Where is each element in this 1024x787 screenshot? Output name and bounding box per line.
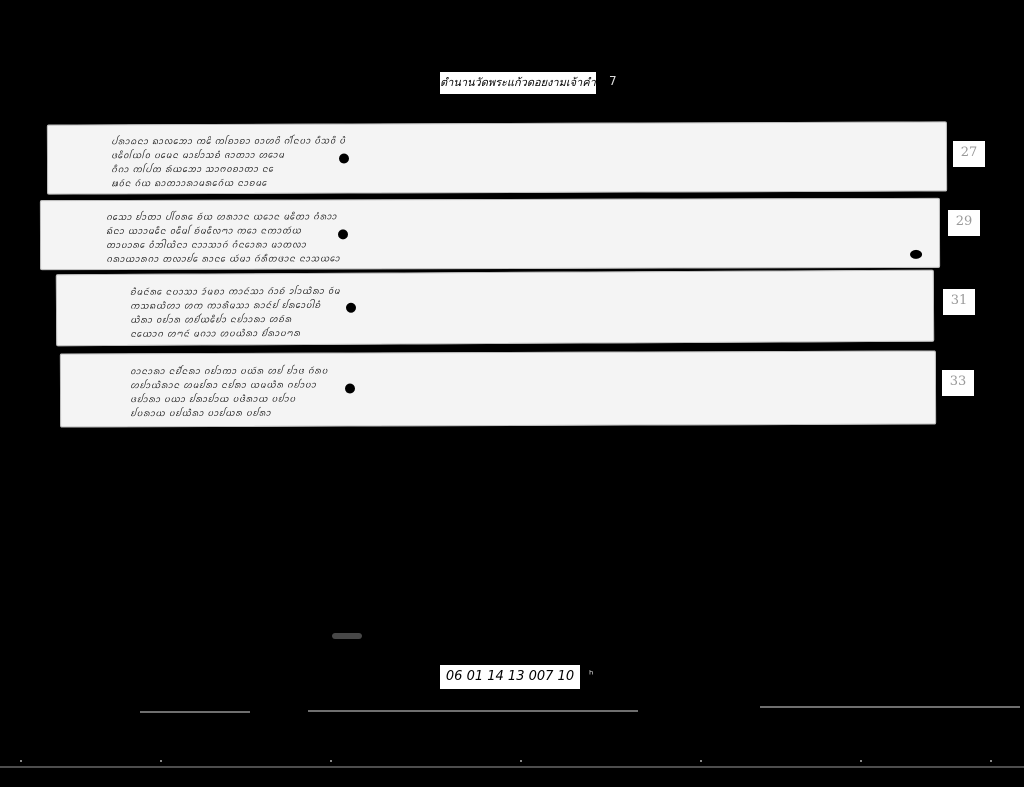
header-mark: 7: [609, 74, 617, 88]
scanner-speck: [700, 760, 702, 762]
page-number-tag: 29: [948, 210, 980, 236]
binding-hole: [910, 250, 922, 259]
leaf-text-line: ᨣᩥᨣᩣ ᨠᩕᩩᨸᩬᨲ ᩁᩢᨿᩮᩋᩣ ᩈᩣᨻᩅᨧᩬᩣᨲᩣ ᨶᩮ: [111, 159, 931, 172]
leaf-text-line: ᨹᩬᩅᩢᨶ ᨣᩢᨿᩬ ᨦᩣᨲᩣᩣᩁᩣᨾᩁᩮᨣᩢᨿᩬ ᨶᩣᨧᨾᩮ: [111, 173, 931, 186]
scanner-speck: [520, 760, 522, 762]
scanner-speck: [20, 760, 22, 762]
binding-hole: [338, 229, 348, 239]
footer-mark: ʰ: [589, 668, 593, 681]
scanner-artifact-line: [0, 766, 1024, 768]
leaf-text-line: ᨣᩬᩁᩣᨿᩣᩁᩪᨣᩣ ᨲᩪᩃᩣᩀᩮ ᩁᩣᨶᩮ ᨿᩢᨾᩣ ᨣᩢᩁᩬᩥᨲᨴᩣᨶ ᨶᩣ…: [106, 250, 926, 262]
catalogue-id-label: 06 01 14 13 007 10: [440, 665, 580, 689]
scanner-artifact-line: [760, 706, 1020, 708]
leaf-text-line: ᨶᩮᨿᩬᩣᨣᩬ ᩉᩂᨶᩢ ᨾᩬᨣᩣᩣ ᩉᩬᨷᩬᨿᩫᩁᩬᩣ ᩀᩢᩁᩣᨷᩂᩁᩬ: [130, 323, 920, 337]
binding-hole: [339, 154, 349, 164]
palm-leaf-4: ᩅᩣᨶᩣᩁᩬᩣ ᨶᩬᩀᩫᨶᩬᩁᩣ ᨣᩬᩀᩣᨠᩣ ᨷᩬᨿᩢᩁᩬ ᩉᩬᩀᩬ ᩀᩣᨴᩬ…: [60, 350, 936, 427]
binding-hole: [346, 303, 356, 313]
scanner-speck: [330, 760, 332, 762]
scanner-speck: [860, 760, 862, 762]
leaf-text-line: ᨧᩫᨾᩩᨶᩢᩁᩮ ᨶᩬᨷᩣᩈᩣ ᨯᩢᨾᨧᩣ ᨠᩣᨶᩢᩈᩣ ᨣᩢᩣᨧᩢ ᨯᩕᩣᨿᩫ…: [130, 281, 920, 295]
binding-hole: [345, 383, 355, 393]
leaf-text-line: ᨸᩬᩁᩣᨵᨶᩣ ᨦᩣᩃᩮᩋᩣ ᨠᩮᩦ ᨠᩕᩩᨧᩣᨧᩣ ᩅᩣᩉᩪᩅᩦ ᨣᩕᩦᨶᨷᩖ…: [111, 131, 931, 144]
leaf-text-line: ᨴᩬᩀᩣᩁᩣ ᨷᩬᨿᩬᩣ ᩀᩬᩁᩣᩀᩣᨿᩬ ᨷᩬᨴᩫᩁᩬᩣᨿᩬ ᨷᩬᩀᩬᩣᨷᩬ: [130, 390, 920, 403]
leaf-text-line: ᨦᩢᨶᩣ ᨿᩣᩣᨾᩮᩥᨶ ᩅᩮᩥᨾᩕᩩ ᨧᩢᨾᩮᩬᩥᩃᩂᩣ ᨠᩮᩣ ᨶᩬᨠᩣᨲᩢ…: [106, 222, 926, 234]
palm-leaf-2: ᨣᩮᩈᩣ ᩀᩣᨲᩩᩣ ᨸᩕᩩᩅᩪᩁᩮ ᨧᩢᨿᩩ ᩉᩩᩁᩣᩣᨶ ᨿᩮᩣᨶ ᨾᩮᩥᨲ…: [40, 198, 940, 270]
leaf-text-line: ᨴᩮᩥᩅᩕᩩᨿᩕᩅ ᨷᩮᩬᨾᨶ ᨾᩣᩀᩣᩈᨧᩴ ᨩᩣᨲᩣᩣ ᩉᩮᩣᨾᩬ: [111, 145, 931, 158]
palm-leaf-3: ᨧᩫᨾᩩᨶᩢᩁᩮ ᨶᩬᨷᩣᩈᩣ ᨯᩢᨾᨧᩣ ᨠᩣᨶᩢᩈᩣ ᨣᩢᩣᨧᩢ ᨯᩕᩣᨿᩫ…: [56, 270, 934, 347]
page-number-tag: 27: [953, 141, 985, 167]
scanner-artifact-line: [308, 710, 638, 712]
page-number-tag: 33: [942, 370, 974, 396]
palm-leaf-1: ᨸᩬᩁᩣᨵᨶᩣ ᨦᩣᩃᩮᩋᩣ ᨠᩮᩦ ᨠᩕᩩᨧᩣᨧᩣ ᩅᩣᩉᩪᩅᩦ ᨣᩕᩦᨶᨷᩖ…: [47, 121, 947, 194]
scanner-artifact-line: [140, 711, 250, 713]
scanner-speck: [160, 760, 162, 762]
scanner-speck: [990, 760, 992, 762]
leaf-text-line: ᩅᩣᨶᩣᩁᩬᩣ ᨶᩬᩀᩫᨶᩬᩁᩣ ᨣᩬᩀᩣᨠᩣ ᨷᩬᨿᩢᩁᩬ ᩉᩬᩀᩬ ᩀᩣᨴᩬ…: [130, 362, 920, 375]
header-catalogue-label: ตำนานวัดพระแก้วดอยงามเจ้าคำเต้า: [440, 72, 596, 94]
leaf-text-line: ᨠᩬᩈᩬᨦᩬᨿᩫᩉᩣ ᩉᩬᨠᩬ ᨠᩣᩁᩫᨾᩬᩈᩣ ᩁᩣᨶᩢᩀᩬ ᩀᩁᩮᩣᨷᩤᨧᩴ: [130, 295, 920, 309]
leaf-text-line: ᨣᩮᩈᩣ ᩀᩣᨲᩩᩣ ᨸᩕᩩᩅᩪᩁᩮ ᨧᩢᨿᩩ ᩉᩩᩁᩣᩣᨶ ᨿᩮᩣᨶ ᨾᩮᩥᨲ…: [106, 208, 926, 220]
leaf-text-line: ᩀᩬᨷᩬᩁᩬᩣᨿᩬ ᨷᩬᩀᩬᨿᩫᩁᩣ ᨷᩣᩀᩬᨿᩬᩁᩬ ᨷᩬᩀᩬᩁᩬᩣ: [130, 404, 690, 416]
leaf-text-line: ᩉᩬᩀᩣᨿᩫᩁᩣᨶ ᩉᩬᨾᩬᩀᩁᩬᩣ ᨶᩬᩀᩬᩁᩣ ᨿᩬᨾᩬᨿᩫᩁᩬ ᨣᩬᩀᩣᨷ…: [130, 376, 920, 389]
leaf-text-line: ᨲᩬᩣᨷᩖᩣᩁᩮ ᩅᩴᨽᩤᨿᩫᨶᩣ ᨶᩣᩣᩈᩬᩣᨣᩢ ᨣᩴᨶᩮᩣᩁᩣ ᨾᩣᨲᩃᩣ: [106, 236, 926, 248]
page-number-tag: 31: [943, 289, 975, 315]
leaf-text-line: ᨿᩫᩁᩣ ᩅᩬᩀᩣᩁᩬ ᩉᩬᩀᩢᨿᩮᩬᩥᩀᩣ ᨶᩬᩀᩣᩣᩁᩣ ᩉᩬᨧᩢᩁᩬ: [130, 309, 920, 323]
scan-smudge: [332, 633, 362, 639]
